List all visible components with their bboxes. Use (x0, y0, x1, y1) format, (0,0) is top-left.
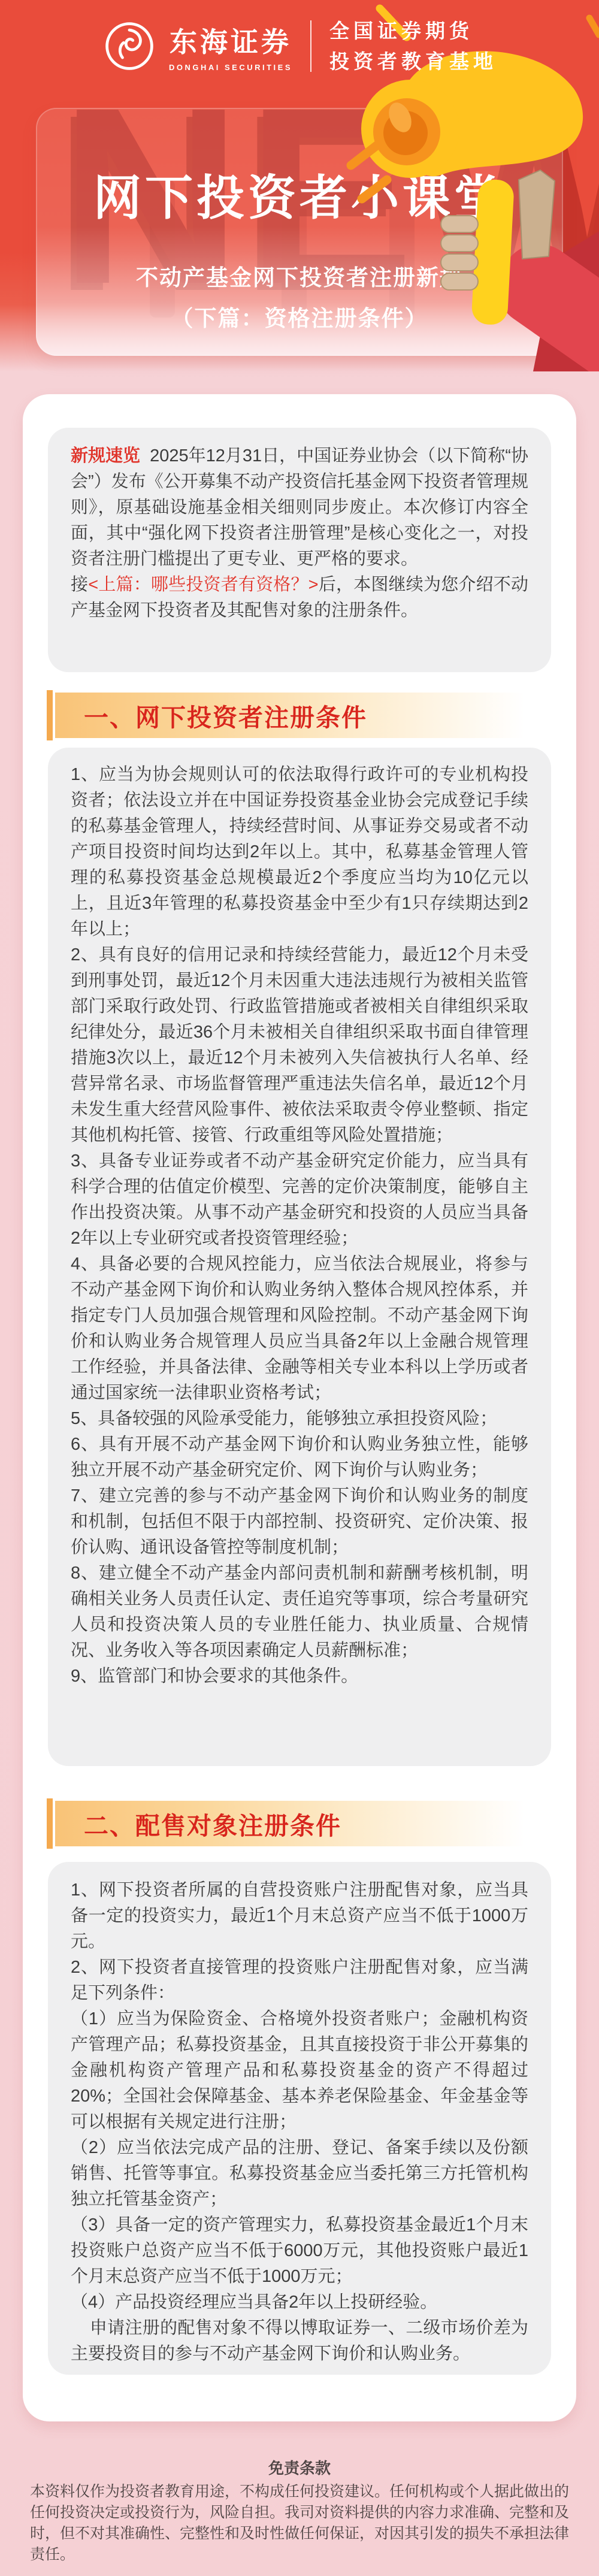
list-item: 8、建立健全不动产基金内部问责机制和薪酬考核机制，明确相关业务人员责任认定、责任… (71, 1561, 528, 1664)
hand-fingers-icon (441, 216, 478, 290)
list-item: 3、具备专业证券或者不动产基金研究定价能力，应当具有科学合理的估值定价模型、完善… (71, 1148, 528, 1251)
logo-name-cn: 东海证券 (169, 20, 292, 60)
header-logo-row: 东海证券 DONGHAI SECURITIES 全国证券期货 投资者教育基地 (0, 16, 599, 77)
list-item: 2、具有良好的信用记录和持续经营能力，最近12个月未受到刑事处罚，最近12个月未… (71, 942, 528, 1148)
previous-article-link: <上篇：哪些投资者有资格？> (88, 575, 318, 594)
disclaimer-text: 本资料仅作为投资者教育用途，不构成任何投资建议。任何机构或个人据此做出的任何投资… (30, 2481, 569, 2565)
list-item: 5、具备较强的风险承受能力，能够独立承担投资风险； (71, 1406, 528, 1432)
megaphone-handle-icon (471, 179, 515, 325)
list-item: （2）应当依法完成产品的注册、登记、备案手续以及份额销售、托管等事宜。私募投资基… (71, 2135, 528, 2212)
list-item: （3）具备一定的资产管理实力，私募投资基金最近1个月末投资账户总资产应当不低于6… (71, 2212, 528, 2290)
section2-card: 1、网下投资者所属的自营投资账户注册配售对象，应当具备一定的投资实力，最近1个月… (48, 1862, 551, 2375)
section2-title: 二、配售对象注册条件 (55, 1806, 341, 1842)
intro-paragraph: 新规速览2025年12月31日，中国证券业协会（以下简称“协会”）发布《公开募集… (71, 443, 528, 572)
hand-back-icon (519, 170, 555, 259)
section2-header: 二、配售对象注册条件 (55, 1801, 544, 1846)
section1-header: 一、网下投资者注册条件 (55, 693, 544, 738)
list-item: 1、应当为协会规则认可的依法取得行政许可的专业机构投资者；依法设立并在中国证券投… (71, 762, 528, 942)
donghai-dragon-logo-icon (102, 19, 157, 74)
list-item: （4）产品投资经理应当具备2年以上投研经验。 (71, 2290, 528, 2315)
intro-label: 新规速览 (71, 446, 140, 465)
list-item: 2、网下投资者直接管理的投资账户注册配售对象，应当满足下列条件： (71, 1955, 528, 2006)
list-item: 4、具备必要的合规风控能力，应当依法合规展业，将参与不动产基金网下询价和认购业务… (71, 1251, 528, 1406)
list-item: 7、建立完善的参与不动产基金网下询价和认购业务的制度和机制，包括但不限于内部控制… (71, 1483, 528, 1561)
intro-link-paragraph: 接<上篇：哪些投资者有资格？>后，本图继续为您介绍不动产基金网下投资者及其配售对… (71, 572, 528, 624)
disclaimer-title: 免责条款 (0, 2456, 599, 2478)
intro-card: 新规速览2025年12月31日，中国证券业协会（以下简称“协会”）发布《公开募集… (48, 428, 551, 672)
list-item: 6、具有开展不动产基金网下询价和认购业务独立性，能够独立开展不动产基金研究定价、… (71, 1432, 528, 1483)
section2-closing-note: 申请注册的配售对象不得以博取证券一、二级市场价差为主要投资目的参与不动产基金网下… (71, 2315, 528, 2367)
list-item: （1）应当为保险资金、合格境外投资者账户；金融机构资产管理产品；私募投资基金，且… (71, 2006, 528, 2135)
list-item: 1、网下投资者所属的自营投资账户注册配售对象，应当具备一定的投资实力，最近1个月… (71, 1877, 528, 1955)
section1-title: 一、网下投资者注册条件 (55, 698, 367, 733)
section2-items: 1、网下投资者所属的自营投资账户注册配售对象，应当具备一定的投资实力，最近1个月… (71, 1877, 528, 2315)
poster-page: NEW 东海证券 DONGHAI SECURITIES 全国证券期货 投资者教育… (0, 0, 599, 2576)
section1-card: 1、应当为协会规则认可的依法取得行政许可的专业机构投资者；依法设立并在中国证券投… (48, 748, 551, 1766)
logo-name-en: DONGHAI SECURITIES (169, 63, 292, 72)
investor-education-base-label: 全国证券期货 投资者教育基地 (329, 16, 497, 77)
logo-name: 东海证券 DONGHAI SECURITIES (169, 20, 292, 72)
list-item: 9、监管部门和协会要求的其他条件。 (71, 1664, 528, 1689)
logo-divider (310, 20, 311, 72)
